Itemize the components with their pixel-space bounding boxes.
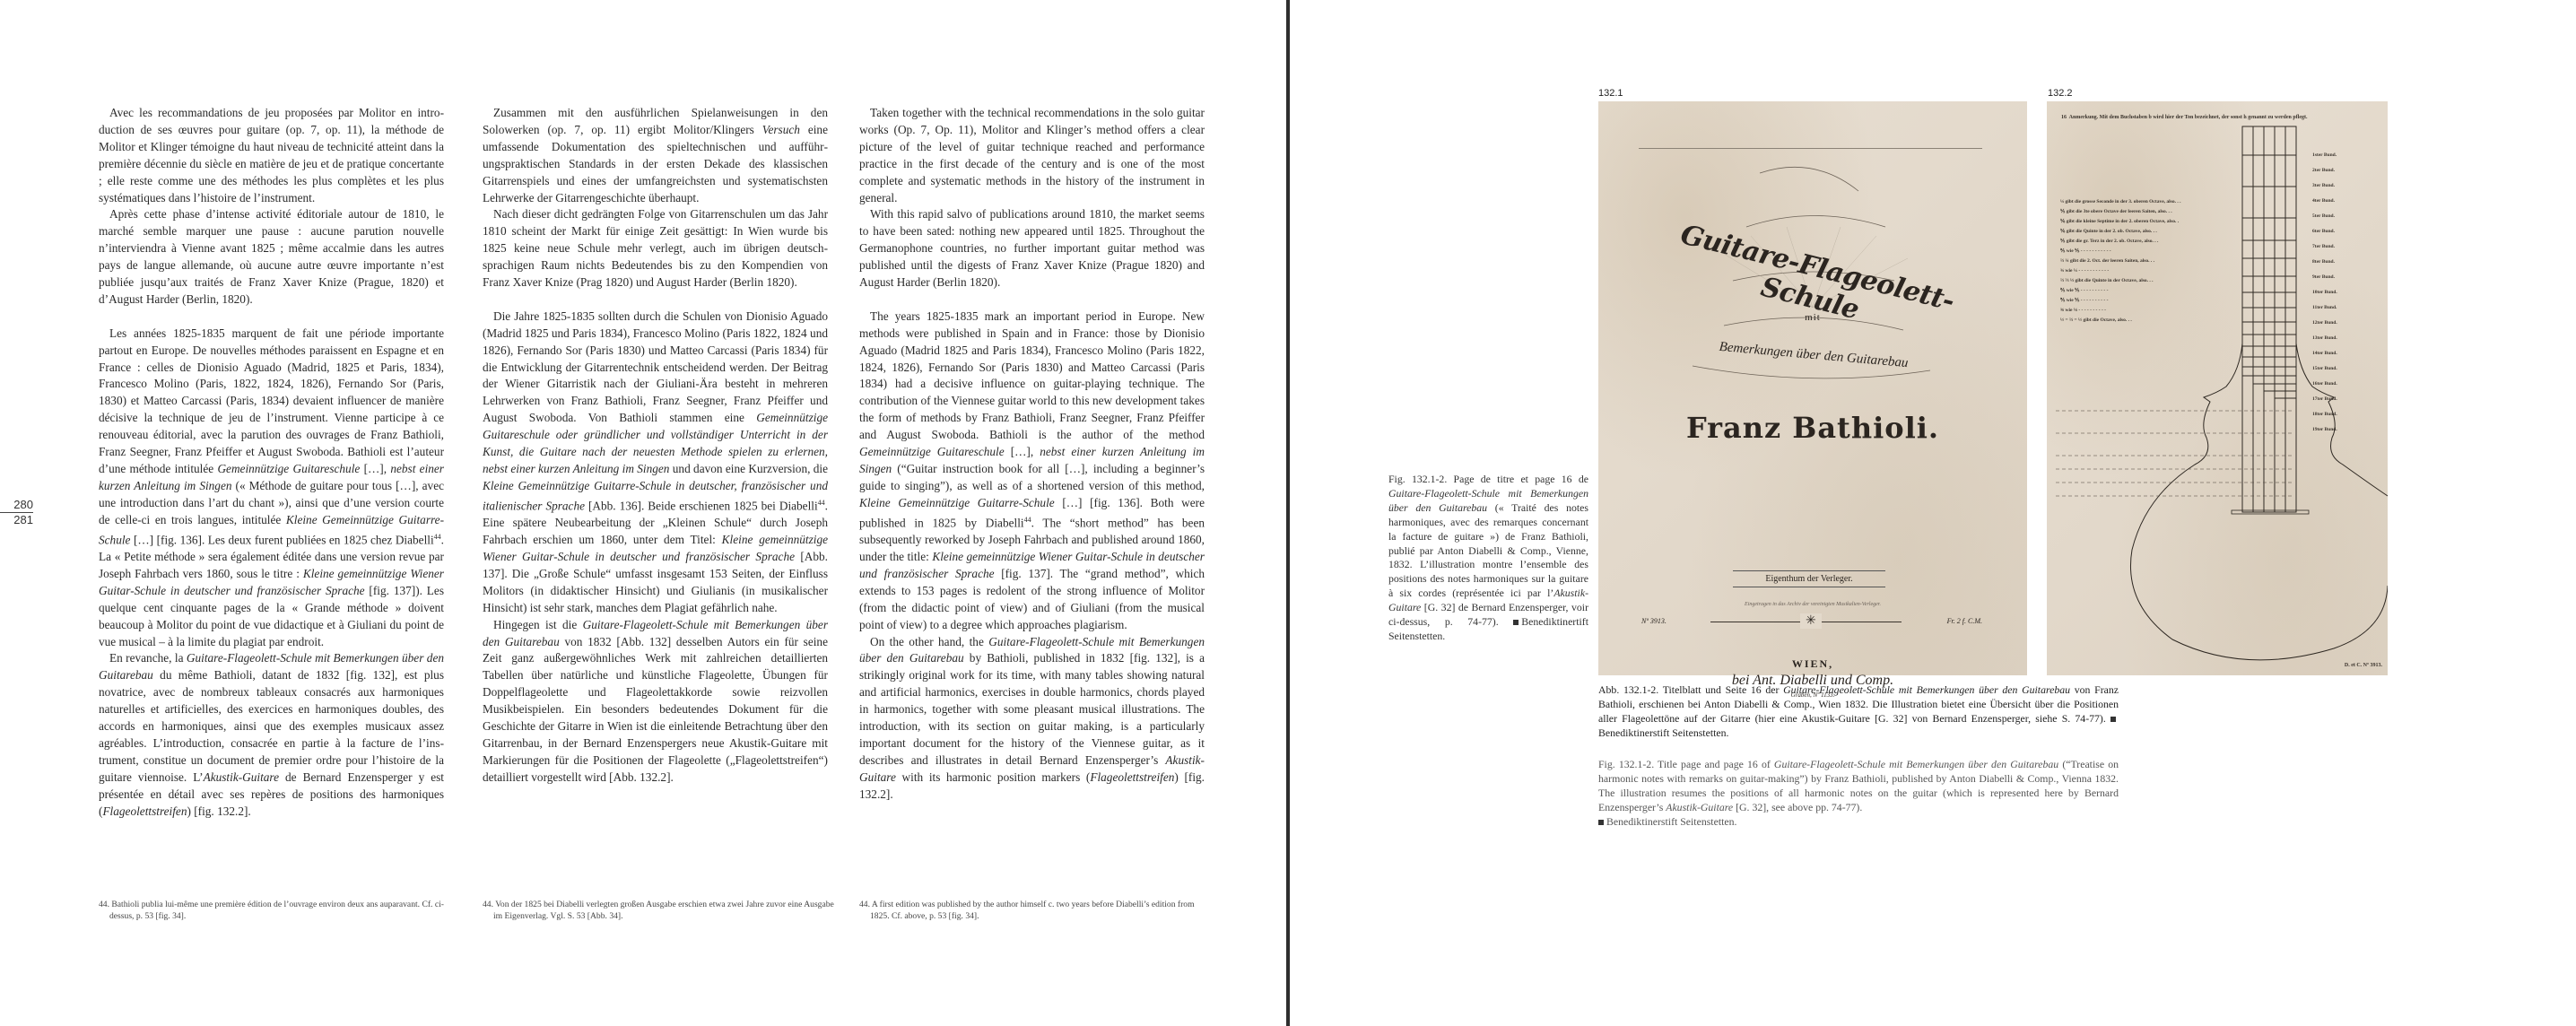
- footnote-ref: 44: [434, 533, 441, 541]
- title-page-author: Franz Bathioli.: [1598, 411, 2027, 445]
- plate-signature: D. et C. Nº 3913.: [2345, 663, 2382, 668]
- engraved-flourish-icon: [1598, 101, 2027, 675]
- fret-label: 3ter Bund.: [2312, 178, 2337, 194]
- fret-label: 19ter Bund.: [2312, 422, 2337, 438]
- fret-label: 17ter Bund.: [2312, 392, 2337, 407]
- fret-label: 4ter Bund.: [2312, 194, 2337, 209]
- paragraph: On the other hand, the Guitare-Flageolet…: [859, 634, 1205, 804]
- fret-label: 2ter Bund.: [2312, 163, 2337, 178]
- paragraph: Après cette phase d’intense activité édi…: [99, 206, 444, 308]
- fret-label: 18ter Bund.: [2312, 407, 2337, 422]
- paragraph: Les années 1825-1835 marquent de fait un…: [99, 326, 444, 651]
- page-number-right: 281: [0, 513, 33, 526]
- footnote-ref: 44: [818, 499, 825, 507]
- page-numbers: 280 281: [0, 499, 33, 526]
- column-english: Taken together with the technical recomm…: [859, 105, 1205, 804]
- title-page-mit: mit: [1598, 312, 2027, 323]
- fret-label: 14ter Bund.: [2312, 346, 2337, 361]
- paragraph: With this rapid salvo of publications ar…: [859, 206, 1205, 291]
- fret-label: 12ter Bund.: [2312, 316, 2337, 331]
- fret-label: 7ter Bund.: [2312, 239, 2337, 255]
- asterisk-ornament-icon: ✳: [1800, 613, 1822, 629]
- fret-label: 13ter Bund.: [2312, 331, 2337, 346]
- fret-labels: 1ster Bund. 2ter Bund. 3ter Bund. 4ter B…: [2312, 148, 2337, 438]
- caption-english: Fig. 132.1-2. Title page and page 16 of …: [1598, 758, 2119, 830]
- paragraph: Avec les recommandations de jeu proposée…: [99, 105, 444, 206]
- fret-label: 11ter Bund.: [2312, 300, 2337, 316]
- credit-square-icon: [1598, 820, 1604, 825]
- title-page-registration: Eingetragen in das Archiv der vereinigte…: [1598, 602, 2027, 607]
- caption-french: Fig. 132.1-2. Page de titre et page 16 d…: [1388, 473, 1588, 644]
- title-page-eigenthum: Eigenthum der Verleger.: [1733, 570, 1885, 587]
- figure-page-16-guitar-diagram: 16 Anmerkung. Mit dem Buchstaben b wird …: [2047, 101, 2388, 675]
- footnote-french: 44. Bathioli publia lui-même une premièr…: [99, 899, 446, 922]
- fret-label: 5ter Bund.: [2312, 209, 2337, 224]
- fret-label: 15ter Bund.: [2312, 361, 2337, 377]
- title-page-price: Fr. 2 f. C.M.: [1947, 617, 1982, 625]
- fret-label: 1ster Bund.: [2312, 148, 2337, 163]
- footnote-ref: 44: [1024, 516, 1031, 524]
- spread-gutter-divider: [1286, 0, 1290, 1026]
- figure-label-132-2: 132.2: [2048, 88, 2073, 99]
- column-french: Avec les recommandations de jeu proposée…: [99, 105, 444, 820]
- paragraph: Taken together with the technical recomm…: [859, 105, 1205, 206]
- credit-square-icon: [2110, 717, 2116, 722]
- paragraph: Zusammen mit den ausführlichen Spielanwe…: [483, 105, 828, 206]
- fret-label: 8ter Bund.: [2312, 255, 2337, 270]
- paragraph: Nach dieser dicht gedrängten Folge von G…: [483, 206, 828, 291]
- credit-square-icon: [1513, 620, 1519, 625]
- fret-label: 10ter Bund.: [2312, 285, 2337, 300]
- fret-label: 16ter Bund.: [2312, 377, 2337, 392]
- caption-german: Abb. 132.1-2. Titelblatt und Seite 16 de…: [1598, 683, 2119, 741]
- column-german: Zusammen mit den ausführlichen Spielanwe…: [483, 105, 828, 787]
- footnote-english: 44. A first edition was published by the…: [859, 899, 1215, 922]
- paragraph: The years 1825-1835 mark an important pe…: [859, 309, 1205, 634]
- footnote-german: 44. Von der 1825 bei Diabelli verlegten …: [483, 899, 839, 922]
- figure-label-132-1: 132.1: [1598, 88, 1623, 99]
- page-number-left: 280: [0, 499, 33, 513]
- paragraph: Hingegen ist die Guitare-Flageolett-Schu…: [483, 617, 828, 787]
- fret-label: 6ter Bund.: [2312, 224, 2337, 239]
- figure-title-page: Guitare-Flageolett-Schule mit Bemerkunge…: [1598, 101, 2027, 675]
- paragraph: En revanche, la Guitare-Flageolett-Schul…: [99, 650, 444, 820]
- title-page-city: WIEN,: [1598, 657, 2027, 671]
- paragraph: Die Jahre 1825-1835 sollten durch die Sc…: [483, 309, 828, 617]
- title-page-plate-number: Nº 3913.: [1641, 617, 1667, 625]
- fret-label: 9ter Bund.: [2312, 270, 2337, 285]
